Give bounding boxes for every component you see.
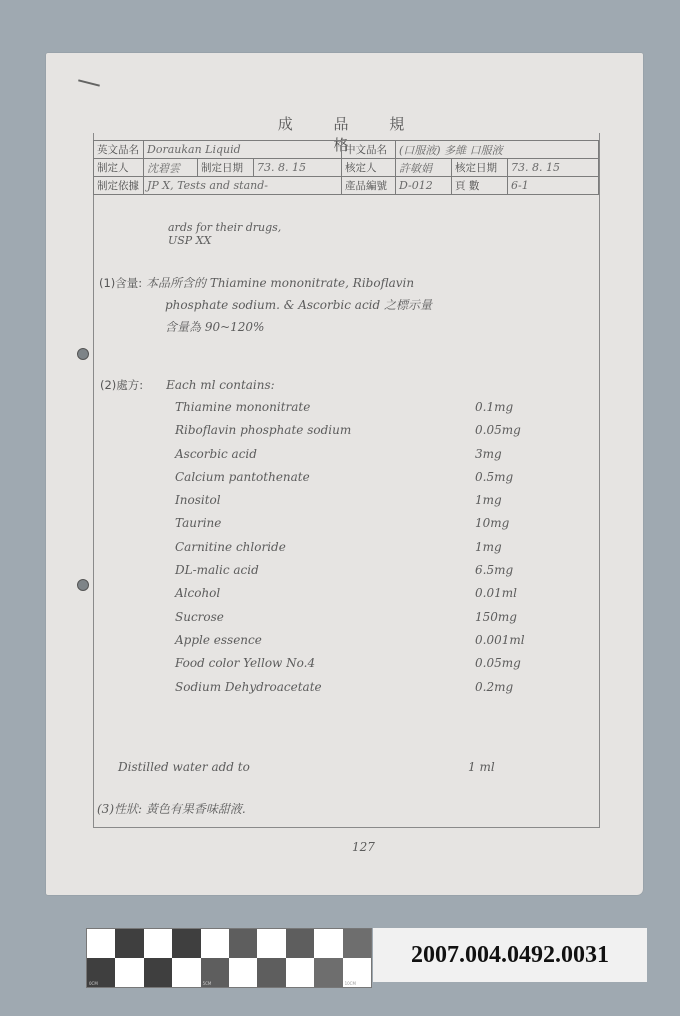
table-row: 制定依據 JP X, Tests and stand- 產品編號 D-012 頁…	[94, 177, 599, 195]
author-label: 制定人	[94, 159, 144, 177]
formula-heading-text: Each ml contains:	[166, 378, 275, 392]
ingredient-amount: 1mg	[475, 540, 545, 563]
table-row: 英文品名 Doraukan Liquid 中文品名 (口服液) 多維 口服液	[94, 141, 599, 159]
ingredient-amount: 3mg	[475, 447, 545, 470]
assay-section: (1)含量: 本品所含的 Thiamine mononitrate, Ribof…	[99, 272, 432, 338]
properties-line: (3)性狀: 黃色有果香味甜液.	[97, 800, 246, 817]
ingredient-row: Riboflavin phosphate sodium0.05mg	[175, 423, 545, 446]
ingredient-row: Ascorbic acid3mg	[175, 447, 545, 470]
product-number-label: 產品編號	[342, 177, 396, 195]
english-name-label: 英文品名	[94, 141, 144, 159]
ingredient-name: Food color Yellow No.4	[175, 656, 315, 679]
ingredient-name: Carnitine chloride	[175, 540, 286, 563]
basis-value: JP X, Tests and stand-	[144, 177, 342, 195]
ingredient-name: Riboflavin phosphate sodium	[175, 423, 351, 446]
ingredient-name: Sucrose	[175, 610, 224, 633]
ingredient-name: Thiamine mononitrate	[175, 400, 310, 423]
ingredient-row: Inositol1mg	[175, 493, 545, 516]
page-number: 127	[352, 840, 375, 854]
assay-label: (1)含量:	[99, 276, 142, 290]
approver-label: 核定人	[342, 159, 396, 177]
distilled-water-amount: 1 ml	[468, 760, 538, 774]
basis-label: 制定依據	[94, 177, 144, 195]
ingredient-name: Apple essence	[175, 633, 262, 656]
ingredient-row: Alcohol0.01ml	[175, 586, 545, 609]
ingredient-name: Taurine	[175, 516, 221, 539]
ingredient-amount: 0.001ml	[475, 633, 545, 656]
ingredient-amount: 150mg	[475, 610, 545, 633]
chinese-name-label: 中文品名	[342, 141, 396, 159]
ingredient-name: Ascorbic acid	[175, 447, 257, 470]
assay-line-3: 含量為 90~120%	[99, 316, 432, 338]
approver-value: 許敏娟	[396, 159, 452, 177]
formula-heading: (2)處方: Each ml contains:	[100, 377, 275, 393]
ingredient-row: Food color Yellow No.40.05mg	[175, 656, 545, 679]
ingredient-amount: 0.5mg	[475, 470, 545, 493]
punch-hole-top	[77, 348, 89, 360]
chinese-name-value: (口服液) 多維 口服液	[396, 141, 599, 159]
english-name-value: Doraukan Liquid	[144, 141, 342, 159]
scale-ruler: 0CM 5CM 10CM	[86, 928, 372, 988]
page-count-value: 6-1	[508, 177, 599, 195]
basis-continued: ards for their drugs, USP XX	[168, 221, 281, 247]
product-number-value: D-012	[396, 177, 452, 195]
ingredient-row: Calcium pantothenate0.5mg	[175, 470, 545, 493]
ingredient-row: Taurine10mg	[175, 516, 545, 539]
ingredient-list: Thiamine mononitrate0.1mgRiboflavin phos…	[175, 400, 545, 703]
ingredient-amount: 1mg	[475, 493, 545, 516]
author-date-value: 73. 8. 15	[254, 159, 342, 177]
table-row: 制定人 沈碧雲 制定日期 73. 8. 15 核定人 許敏娟 核定日期 73. …	[94, 159, 599, 177]
ingredient-name: Sodium Dehydroacetate	[175, 680, 322, 703]
page-count-label: 頁 數	[452, 177, 508, 195]
ingredient-name: Calcium pantothenate	[175, 470, 310, 493]
ingredient-row: Apple essence0.001ml	[175, 633, 545, 656]
ingredient-row: DL-malic acid6.5mg	[175, 563, 545, 586]
distilled-water-name: Distilled water add to	[118, 760, 250, 774]
ingredient-amount: 6.5mg	[475, 563, 545, 586]
distilled-water-row: Distilled water add to 1 ml	[118, 760, 538, 774]
ingredient-row: Sucrose150mg	[175, 610, 545, 633]
ingredient-row: Sodium Dehydroacetate0.2mg	[175, 680, 545, 703]
punch-hole-bottom	[77, 579, 89, 591]
ingredient-amount: 0.05mg	[475, 423, 545, 446]
approval-date-label: 核定日期	[452, 159, 508, 177]
ingredient-row: Thiamine mononitrate0.1mg	[175, 400, 545, 423]
ingredient-amount: 0.01ml	[475, 586, 545, 609]
ingredient-amount: 0.1mg	[475, 400, 545, 423]
ingredient-amount: 10mg	[475, 516, 545, 539]
approval-date-value: 73. 8. 15	[508, 159, 599, 177]
assay-line-2: phosphate sodium. & Ascorbic acid 之標示量	[99, 294, 432, 316]
header-table: 英文品名 Doraukan Liquid 中文品名 (口服液) 多維 口服液 制…	[93, 140, 599, 195]
ingredient-row: Carnitine chloride1mg	[175, 540, 545, 563]
ingredient-name: Inositol	[175, 493, 221, 516]
ingredient-name: DL-malic acid	[175, 563, 259, 586]
author-date-label: 制定日期	[198, 159, 254, 177]
formula-label: (2)處方:	[100, 378, 143, 392]
ingredient-amount: 0.2mg	[475, 680, 545, 703]
author-value: 沈碧雲	[144, 159, 198, 177]
assay-line-1: 本品所含的 Thiamine mononitrate, Riboflavin	[146, 276, 414, 290]
accession-number: 2007.004.0492.0031	[373, 928, 647, 982]
ingredient-name: Alcohol	[175, 586, 220, 609]
ingredient-amount: 0.05mg	[475, 656, 545, 679]
